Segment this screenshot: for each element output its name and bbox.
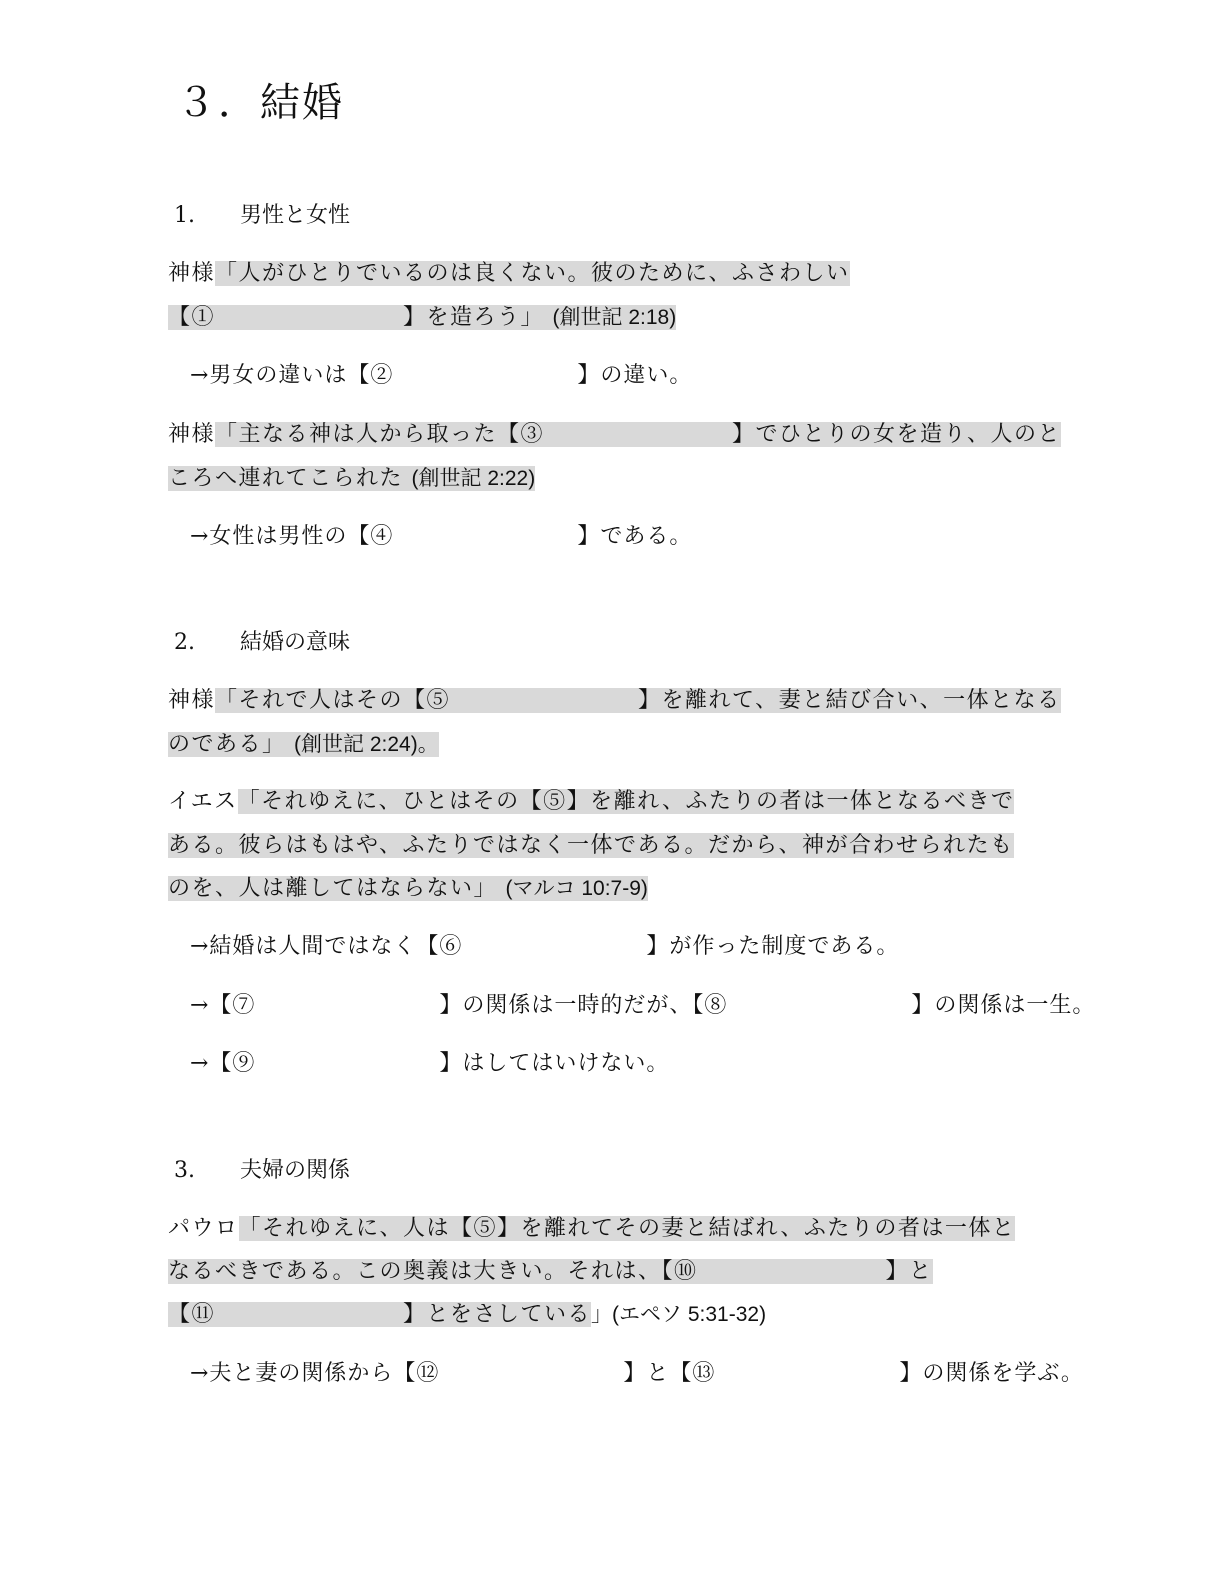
worksheet-page: ３．結婚 1.男性と女性 神様「人がひとりでいるのは良くない。彼のために、ふさわ… bbox=[0, 0, 1224, 1584]
highlighted-quote: 「それで人はその【⑤ 】を離れて、妻と結び合い、一体となる bbox=[215, 688, 1061, 713]
quote-line: ころへ連れてこられた (創世記 2:22) bbox=[168, 459, 535, 499]
point-line: →夫と妻の関係から【⑫ 】と【⑬ 】の関係を学ぶ。 bbox=[190, 1354, 1084, 1394]
highlighted-quote: なるべきである。この奥義は大きい。それは、【⑩ 】と bbox=[168, 1259, 933, 1284]
highlighted-quote: ころへ連れてこられた (創世記 2:22) bbox=[168, 466, 535, 491]
quote-line: 神様「それで人はその【⑤ 】を離れて、妻と結び合い、一体となる bbox=[168, 681, 1061, 721]
highlighted-quote: 【⑪ 】とをさしている bbox=[168, 1302, 591, 1327]
quote-line: のを、人は離してはならない」 (マルコ 10:7-9) bbox=[168, 869, 648, 909]
quote-line: 【⑪ 】とをさしている」(エペソ 5:31-32) bbox=[168, 1295, 766, 1335]
section-number: 3. bbox=[174, 1156, 240, 1186]
section-heading-1: 1.男性と女性 bbox=[174, 201, 350, 231]
quote-text: のを、人は離してはならない」 bbox=[168, 876, 497, 901]
quote-line: 神様「主なる神は人から取った【③ 】でひとりの女を造り、人のと bbox=[168, 415, 1061, 455]
quote-line: 神様「人がひとりでいるのは良くない。彼のために、ふさわしい bbox=[168, 254, 850, 294]
section-heading-3: 3.夫婦の関係 bbox=[174, 1156, 350, 1186]
scripture-reference: (マルコ 10:7-9) bbox=[506, 877, 648, 900]
section-number: 2. bbox=[174, 628, 240, 658]
quote-line: なるべきである。この奥義は大きい。それは、【⑩ 】と bbox=[168, 1252, 933, 1292]
blank-1[interactable]: 【① 】を造ろう」 bbox=[168, 305, 544, 330]
quote-line: パウロ「それゆえに、人は【⑤】を離れてその妻と結ばれ、ふたりの者は一体と bbox=[168, 1209, 1015, 1249]
quote-line: のである」 (創世記 2:24)。 bbox=[168, 725, 439, 765]
quote-line: イエス「それゆえに、ひとはその【⑤】を離れ、ふたりの者は一体となるべきで bbox=[168, 782, 1014, 822]
speaker-label: 神様 bbox=[168, 422, 215, 447]
speaker-label: パウロ bbox=[168, 1216, 239, 1241]
highlighted-quote: 「人がひとりでいるのは良くない。彼のために、ふさわしい bbox=[215, 261, 850, 286]
section-title: 男性と女性 bbox=[240, 203, 350, 228]
scripture-reference: (創世記 2:18) bbox=[553, 306, 677, 329]
speaker-label: 神様 bbox=[168, 261, 215, 286]
quote-line: ある。彼らはもはや、ふたりではなく一体である。だから、神が合わせられたも bbox=[168, 826, 1014, 866]
speaker-label: 神様 bbox=[168, 688, 215, 713]
speaker-label: イエス bbox=[168, 789, 238, 814]
scripture-reference: 」(エペソ 5:31-32) bbox=[591, 1303, 766, 1326]
quote-text: ころへ連れてこられた bbox=[168, 466, 403, 491]
section-number: 1. bbox=[174, 201, 240, 231]
section-title: 夫婦の関係 bbox=[240, 1158, 350, 1183]
quote-line: 【① 】を造ろう」 (創世記 2:18) bbox=[168, 298, 676, 338]
highlighted-quote: 「主なる神は人から取った【③ 】でひとりの女を造り、人のと bbox=[215, 422, 1061, 447]
highlighted-quote: のである」 (創世記 2:24)。 bbox=[168, 732, 439, 757]
scripture-reference: (創世記 2:24)。 bbox=[294, 733, 439, 756]
highlighted-quote: 「それゆえに、人は【⑤】を離れてその妻と結ばれ、ふたりの者は一体と bbox=[239, 1216, 1016, 1241]
highlighted-quote: のを、人は離してはならない」 (マルコ 10:7-9) bbox=[168, 876, 648, 901]
page-title: ３．結婚 bbox=[176, 78, 344, 128]
scripture-reference: (創世記 2:22) bbox=[412, 467, 536, 490]
point-line: →男女の違いは【② 】の違い。 bbox=[190, 356, 692, 396]
highlighted-quote: 「それゆえに、ひとはその【⑤】を離れ、ふたりの者は一体となるべきで bbox=[238, 789, 1015, 814]
highlighted-quote: 【① 】を造ろう」 (創世記 2:18) bbox=[168, 305, 676, 330]
section-title: 結婚の意味 bbox=[240, 630, 350, 655]
point-line: →【⑦ 】の関係は一時的だが、【⑧ 】の関係は一生。 bbox=[190, 986, 1095, 1026]
point-line: →【⑨ 】はしてはいけない。 bbox=[190, 1044, 669, 1084]
section-heading-2: 2.結婚の意味 bbox=[174, 628, 350, 658]
highlighted-quote: ある。彼らはもはや、ふたりではなく一体である。だから、神が合わせられたも bbox=[168, 833, 1014, 858]
point-line: →結婚は人間ではなく【⑥ 】が作った制度である。 bbox=[190, 927, 899, 967]
point-line: →女性は男性の【④ 】である。 bbox=[190, 517, 692, 557]
quote-text: のである」 bbox=[168, 732, 286, 757]
